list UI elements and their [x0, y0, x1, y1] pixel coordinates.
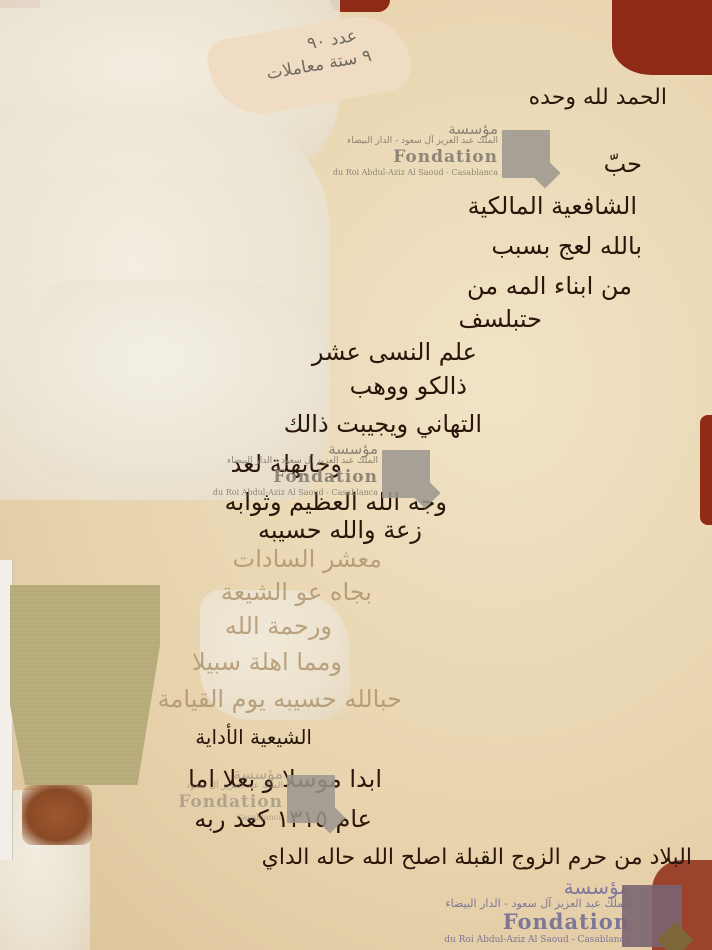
manuscript-line-5: من ابناء المه من [467, 272, 632, 300]
fondation-logo-icon [382, 450, 430, 498]
fondation-logo-icon [502, 130, 550, 178]
manuscript-line-13: معشر السادات [233, 545, 382, 573]
watermark-latin-subtitle: du Roi Abdul-Aziz Al Saoud - Casablanca [213, 488, 378, 497]
watermark-2: مؤسسة الملك عبد العزيز آل سعود - الدار ا… [160, 440, 460, 515]
manuscript-line-2: حبّ [604, 150, 642, 178]
watermark-1: مؤسسة الملك عبد العزيز آل سعود - الدار ا… [280, 120, 580, 195]
watermark-arabic-subtitle: الملك عبد العزيز آل سعود - الدار البيضاء [347, 136, 498, 146]
watermark-3: مؤسسة الملك عبد العزيز آل سعود Fondation… [65, 765, 365, 840]
manuscript-line-14: بجاه عو الشيعة [221, 578, 372, 606]
watermark-arabic-subtitle: الملك عبد العزيز آل سعود - الدار البيضاء [227, 456, 378, 466]
manuscript-line-15: ورحمة الله [225, 612, 332, 640]
watermark-latin-title: Fondation [503, 909, 630, 934]
manuscript-line-4: بالله لعج بسبب [491, 232, 642, 260]
watermark-latin-subtitle: Casablanca [236, 813, 283, 822]
watermark-latin-subtitle: du Roi Abdul-Aziz Al Saoud - Casablanca [444, 935, 630, 945]
manuscript-line-16: ومما اهلة سبيلا [192, 648, 342, 676]
manuscript-line-7: علم النسى عشر [312, 338, 477, 366]
binding-right-edge [700, 415, 712, 525]
manuscript-line-8: ذالكو ووهب [350, 372, 467, 400]
watermark-latin-title: Fondation [178, 792, 283, 812]
manuscript-line-9: التهاني ويجيبت ذالك [284, 410, 482, 438]
manuscript-line-18: الشيعية الأداية [195, 725, 312, 749]
manuscript-line-1: الحمد لله وحده [529, 85, 667, 110]
watermark-arabic-title: مؤسسة [564, 875, 630, 899]
manuscript-line-3: الشافعية المالكية [468, 192, 637, 220]
fondation-logo-icon [287, 775, 335, 823]
watermark-arabic-subtitle: الملك عبد العزيز آل سعود [186, 781, 283, 791]
watermark-latin-title: Fondation [393, 147, 498, 167]
manuscript-line-17: حبالله حسيبه يوم القيامة [158, 685, 402, 713]
manuscript-line-12: زعة والله حسيبه [258, 516, 422, 544]
watermark-latin-title: Fondation [273, 467, 378, 487]
cloth-patch [10, 585, 160, 785]
manuscript-page: عدد ٩٠ ٩ ستة معاملات الحمد لله وحده حبّ … [0, 0, 712, 950]
watermark-latin-subtitle: du Roi Abdul-Aziz Al Saoud - Casablanca [333, 168, 498, 177]
manuscript-line-21: البلاد من حرم الزوج القبلة اصلح الله حال… [262, 845, 692, 870]
fondation-logo-icon [622, 885, 682, 947]
watermark-4: مؤسسة الملك عبد العزيز آل سعود - الدار ا… [390, 875, 712, 950]
manuscript-line-6: حتبلسف [458, 305, 542, 333]
binding-top-right [612, 0, 712, 75]
